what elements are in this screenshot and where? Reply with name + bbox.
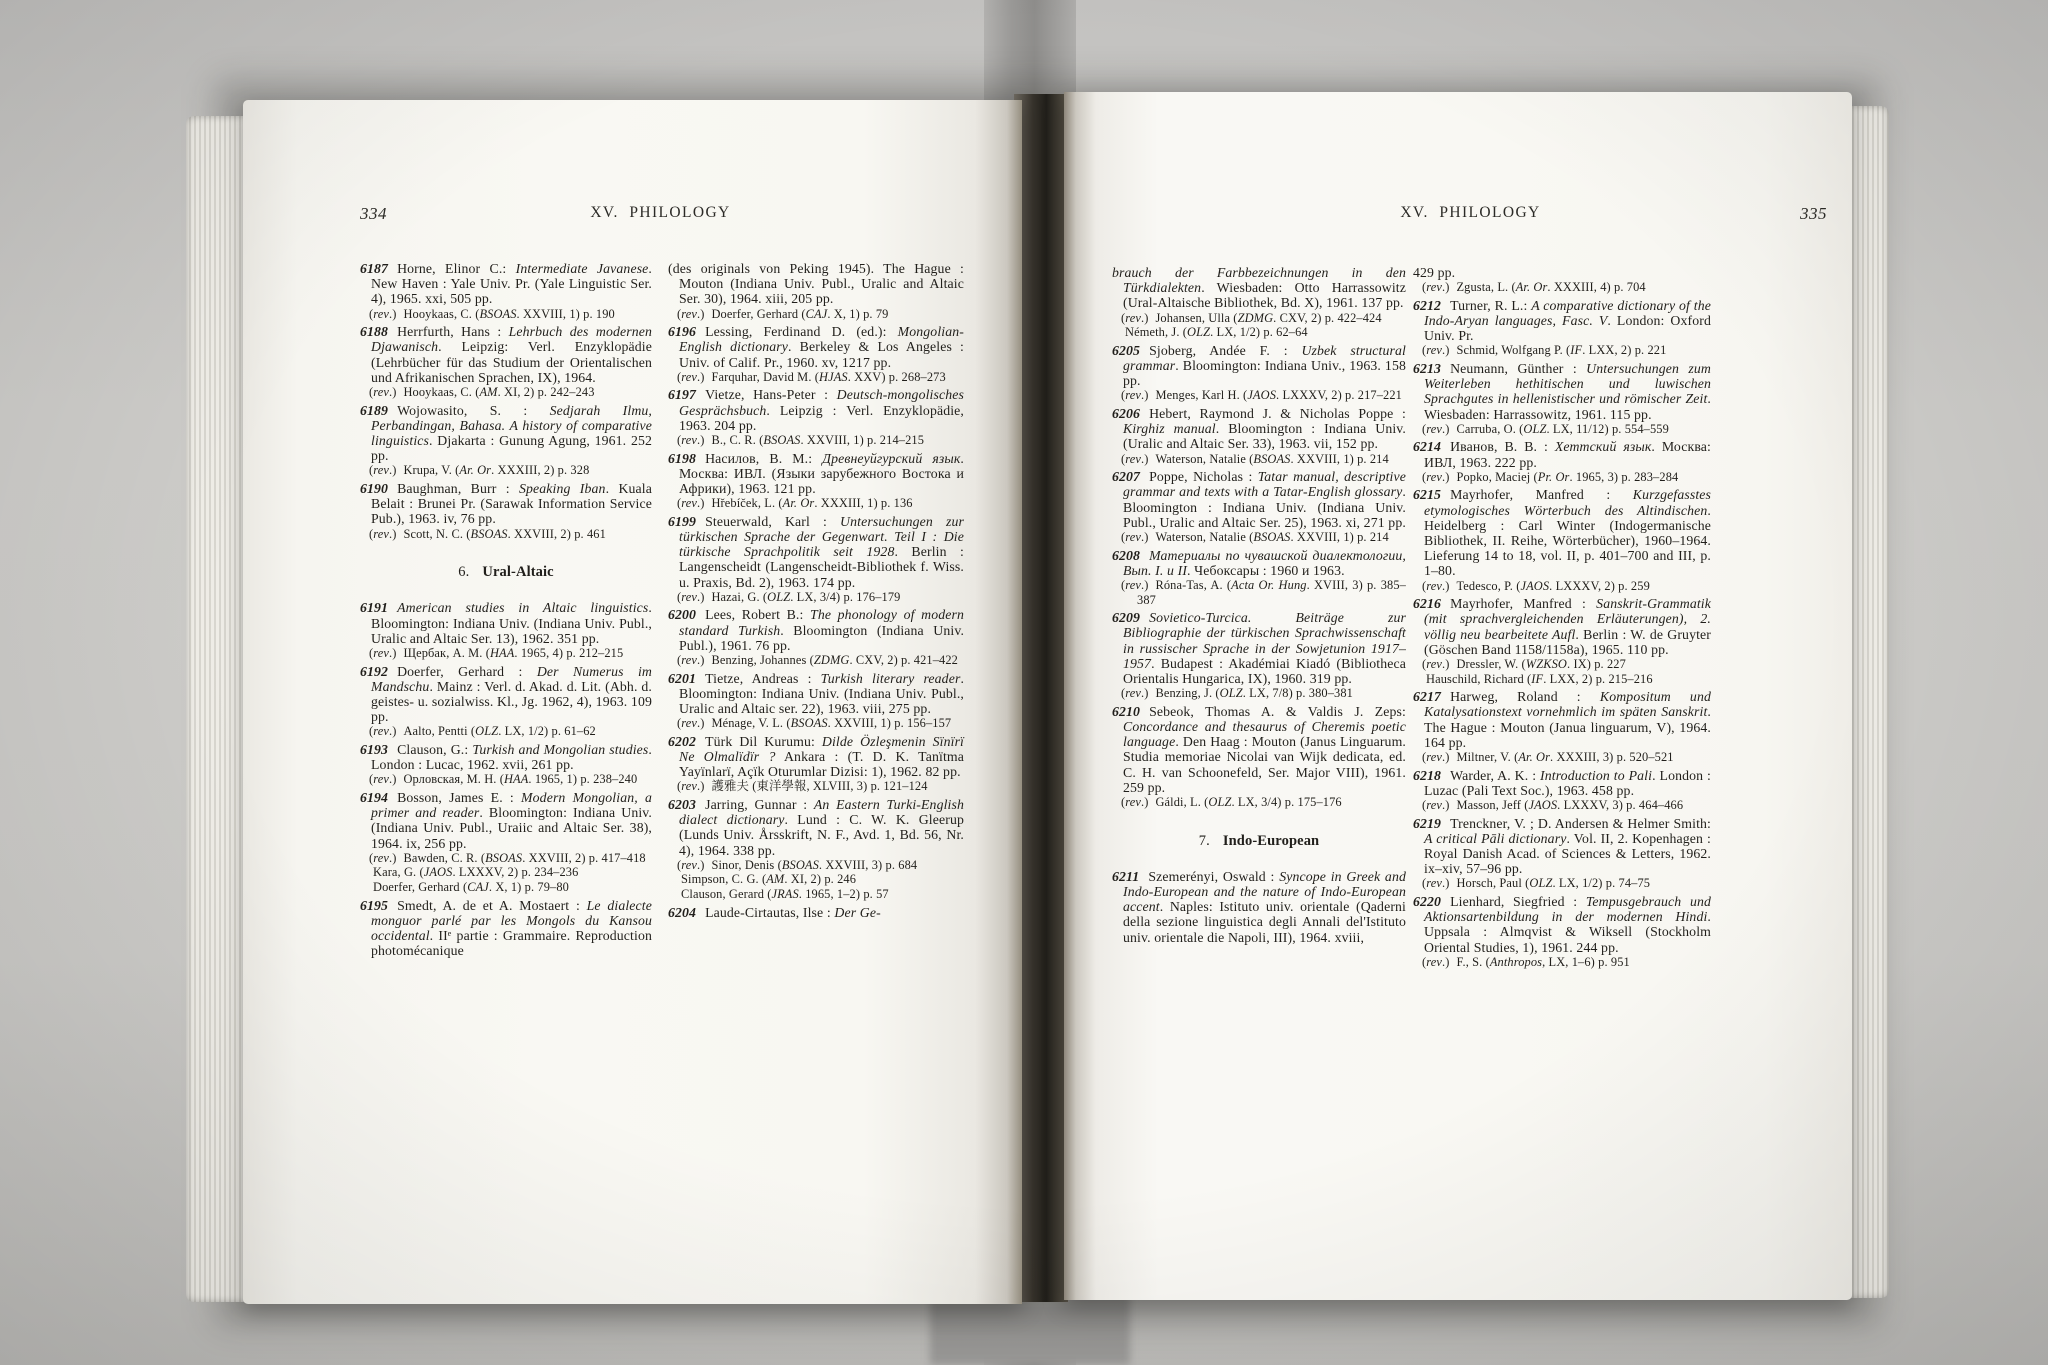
entry-number: 6209 [1112, 610, 1140, 625]
review-line: (rev.)Орловская, М. Н. (HAA. 1965, 1) p.… [360, 772, 652, 787]
entry-number: 6208 [1112, 548, 1140, 563]
entry-number: 6197 [668, 387, 696, 402]
review-label: (rev.) [369, 772, 396, 786]
review-line: (rev.)Hazai, G. (OLZ. LX, 3/4) p. 176–17… [668, 590, 964, 605]
review-line: (rev.)Scott, N. C. (BSOAS. XXVIII, 2) p.… [360, 527, 652, 542]
bib-entry: 6213Neumann, Günther : Untersuchungen zu… [1413, 361, 1711, 422]
bib-entry: 6189Wojowasito, S. : Sedjarah Ilmu, Perb… [360, 403, 652, 464]
review-line: (rev.)Benzing, Johannes (ZDMG. CXV, 2) p… [668, 653, 964, 668]
review-label: (rev.) [1121, 452, 1148, 466]
review-label: (rev.) [677, 307, 704, 321]
review-line: (rev.)B., C. R. (BSOAS. XXVIII, 1) p. 21… [668, 433, 964, 448]
review-line: (rev.)Hooykaas, C. (BSOAS. XXVIII, 1) p.… [360, 307, 652, 322]
bib-entry: 6208Материалы по чувашской диалектологии… [1112, 548, 1406, 578]
review-line: (rev.)Hooykaas, C. (AM. XI, 2) p. 242–24… [360, 385, 652, 400]
entry-number: 6194 [360, 790, 388, 805]
entry-number: 6218 [1413, 768, 1441, 783]
entry-number: 6204 [668, 905, 696, 920]
review-line: Németh, J. (OLZ. LX, 1/2) p. 62–64 [1112, 325, 1406, 340]
bib-entry: 6212Turner, R. L.: A comparative diction… [1413, 298, 1711, 344]
review-label: (rev.) [1121, 686, 1148, 700]
section-title: Indo-European [1223, 833, 1319, 849]
review-label: (rev.) [1121, 388, 1148, 402]
bib-entry: 6190Baughman, Burr : Speaking Iban. Kual… [360, 481, 652, 527]
bib-entry: 6201Tietze, Andreas : Turkish literary r… [668, 671, 964, 717]
entry-number: 6214 [1413, 439, 1441, 454]
bib-entry: 6198Насилов, В. М.: Древнеуйгурский язык… [668, 451, 964, 497]
review-line: (rev.)Gáldi, L. (OLZ. LX, 3/4) p. 175–17… [1112, 795, 1406, 810]
review-line: (rev.)Waterson, Natalie (BSOAS. XXVIII, … [1112, 530, 1406, 545]
entry-number: 6191 [360, 600, 388, 615]
review-label: (rev.) [1422, 422, 1449, 436]
running-head: XV. PHILOLOGY [360, 204, 961, 222]
review-line: Kara, G. (JAOS. LXXXV, 2) p. 234–236 [360, 865, 652, 880]
entry-number: 6196 [668, 324, 696, 339]
entry-number: 6219 [1413, 816, 1441, 831]
right-page-column-1: brauch der Farbbezeichnungen in den Türk… [1112, 262, 1406, 945]
section-heading: 7.Indo-European [1112, 834, 1406, 849]
review-label: (rev.) [1121, 795, 1148, 809]
left-page-column-1: 6187Horne, Elinor C.: Intermediate Javan… [360, 258, 652, 958]
bib-entry: 6216Mayrhofer, Manfred : Sanskrit-Gramma… [1413, 596, 1711, 657]
review-label: (rev.) [677, 716, 704, 730]
review-line: (rev.)Sinor, Denis (BSOAS. XXVIII, 3) p.… [668, 858, 964, 873]
section-number: 7. [1199, 833, 1210, 849]
bib-entry: 6218Warder, A. K. : Introduction to Pali… [1413, 768, 1711, 798]
bib-entry: 6204Laude-Cirtautas, Ilse : Der Ge- [668, 905, 964, 920]
bib-entry: 6194Bosson, James E. : Modern Mongolian,… [360, 790, 652, 851]
review-line: (rev.)Róna-Tas, A. (Acta Or. Hung. XVIII… [1112, 578, 1406, 607]
entry-number: 6190 [360, 481, 388, 496]
review-line: (rev.)Doerfer, Gerhard (CAJ. X, 1) p. 79 [668, 307, 964, 322]
review-label: (rev.) [677, 370, 704, 384]
review-line: (rev.)Waterson, Natalie (BSOAS. XXVIII, … [1112, 452, 1406, 467]
review-line: (rev.)Ménage, V. L. (BSOAS. XXVIII, 1) p… [668, 716, 964, 731]
bib-entry: 6196Lessing, Ferdinand D. (ed.): Mongoli… [668, 324, 964, 370]
bib-entry: 6188Herrfurth, Hans : Lehrbuch des moder… [360, 324, 652, 385]
bib-entry: 6187Horne, Elinor C.: Intermediate Javan… [360, 261, 652, 307]
bib-entry: 6219Trenckner, V. ; D. Andersen & Helmer… [1413, 816, 1711, 877]
review-line: (rev.)Horsch, Paul (OLZ. LX, 1/2) p. 74–… [1413, 876, 1711, 891]
entry-number: 6213 [1413, 361, 1441, 376]
bib-entry: 6199Steuerwald, Karl : Untersuchungen zu… [668, 514, 964, 590]
review-line: (rev.)Carruba, O. (OLZ. LX, 11/12) p. 55… [1413, 422, 1711, 437]
review-line: (rev.)Tedesco, P. (JAOS. LXXXV, 2) p. 25… [1413, 579, 1711, 594]
bib-entry: 6207Poppe, Nicholas : Tatar manual, desc… [1112, 469, 1406, 530]
review-label: (rev.) [369, 307, 396, 321]
right-page-column-2: 429 pp.(rev.)Zgusta, L. (Ar. Or. XXXIII,… [1413, 262, 1711, 969]
section-title: Ural-Altaic [482, 564, 553, 580]
bib-entry: 6202Türk Dil Kurumu: Dilde Özleşmenin Sï… [668, 734, 964, 780]
review-label: (rev.) [1121, 530, 1148, 544]
entry-number: 6195 [360, 898, 388, 913]
review-line: (rev.)Miltner, V. (Ar. Or. XXXIII, 3) p.… [1413, 750, 1711, 765]
entry-number: 6216 [1413, 596, 1441, 611]
review-label: (rev.) [1422, 657, 1449, 671]
bib-entry: 6193Clauson, G.: Turkish and Mongolian s… [360, 742, 652, 772]
review-label: (rev.) [1422, 876, 1449, 890]
review-label: (rev.) [1121, 311, 1148, 325]
bib-entry: 6214Иванов, В. В. : Хеттский язык. Москв… [1413, 439, 1711, 469]
entry-number: 6217 [1413, 689, 1441, 704]
review-line: (rev.)Farquhar, David M. (HJAS. XXV) p. … [668, 370, 964, 385]
review-label: (rev.) [677, 779, 704, 793]
bib-entry: 6192Doerfer, Gerhard : Der Numerus im Ma… [360, 664, 652, 725]
review-line: (rev.)Popko, Maciej (Pr. Or. 1965, 3) p.… [1413, 470, 1711, 485]
right-page-edge-stack [1849, 106, 1889, 1298]
entry-number: 6187 [360, 261, 388, 276]
book-spine-gap [1014, 94, 1068, 1302]
section-number: 6. [458, 564, 469, 580]
bib-entry: 6210Sebeok, Thomas A. & Valdis J. Zeps: … [1112, 704, 1406, 795]
entry-number: 6215 [1413, 487, 1441, 502]
review-line: (rev.)Masson, Jeff (JAOS. LXXXV, 3) p. 4… [1413, 798, 1711, 813]
review-line: (rev.)Johansen, Ulla (ZDMG. CXV, 2) p. 4… [1112, 311, 1406, 326]
review-line: (rev.)護雅夫 (東洋學報, XLVIII, 3) p. 121–124 [668, 779, 964, 794]
review-line: (rev.)Hřebíček, L. (Ar. Or. XXXIII, 1) p… [668, 496, 964, 511]
entry-number: 6192 [360, 664, 388, 679]
page-number: 335 [1800, 204, 1827, 224]
bib-entry: 6205Sjoberg, Andée F. : Uzbek structural… [1112, 343, 1406, 389]
review-label: (rev.) [369, 527, 396, 541]
review-line: Simpson, C. G. (AM. XI, 2) p. 246 [668, 872, 964, 887]
entry-number: 6207 [1112, 469, 1140, 484]
review-line: Hauschild, Richard (IF. LXX, 2) p. 215–2… [1413, 672, 1711, 687]
review-label: (rev.) [369, 463, 396, 477]
left-page-header: 334 XV. PHILOLOGY [360, 204, 961, 230]
left-page: 334 XV. PHILOLOGY 6187Horne, Elinor C.: … [243, 100, 1022, 1304]
review-label: (rev.) [369, 724, 396, 738]
entry-number: 6212 [1413, 298, 1441, 313]
review-line: Clauson, Gerard (JRAS. 1965, 1–2) p. 57 [668, 887, 964, 902]
section-heading: 6.Ural-Altaic [360, 565, 652, 580]
right-page-header: XV. PHILOLOGY 335 [1114, 204, 1827, 230]
entry-number: 6210 [1112, 704, 1140, 719]
bib-entry: 6191American studies in Altaic linguisti… [360, 600, 652, 646]
entry-number: 6199 [668, 514, 696, 529]
bib-entry: 6203Jarring, Gunnar : An Eastern Turki-E… [668, 797, 964, 858]
entry-number: 6198 [668, 451, 696, 466]
review-label: (rev.) [677, 653, 704, 667]
review-label: (rev.) [677, 590, 704, 604]
review-label: (rev.) [677, 858, 704, 872]
entry-number: 6211 [1112, 869, 1139, 884]
entry-number: 6193 [360, 742, 388, 757]
review-line: (rev.)Zgusta, L. (Ar. Or. XXXIII, 4) p. … [1413, 280, 1711, 295]
entry-number: 6202 [668, 734, 696, 749]
review-line: (rev.)Schmid, Wolfgang P. (IF. LXX, 2) p… [1413, 343, 1711, 358]
review-label: (rev.) [677, 433, 704, 447]
review-line: (rev.)Щербак, А. М. (HAA. 1965, 4) p. 21… [360, 646, 652, 661]
bib-entry: 6206Hebert, Raymond J. & Nicholas Poppe … [1112, 406, 1406, 452]
bib-entry: 6200Lees, Robert B.: The phonology of mo… [668, 607, 964, 653]
review-label: (rev.) [1422, 955, 1449, 969]
bib-entry: 6217Harweg, Roland : Kompositum und Kata… [1413, 689, 1711, 750]
review-line: (rev.)Dressler, W. (WZKSO. IX) p. 227 [1413, 657, 1711, 672]
entry-number: 6206 [1112, 406, 1140, 421]
review-line: (rev.)Aalto, Pentti (OLZ. LX, 1/2) p. 61… [360, 724, 652, 739]
bib-entry: 6197Vietze, Hans-Peter : Deutsch-mongoli… [668, 387, 964, 433]
bib-entry: 6220Lienhard, Siegfried : Tempusgebrauch… [1413, 894, 1711, 955]
review-label: (rev.) [1422, 280, 1449, 294]
entry-number: 6220 [1413, 894, 1441, 909]
entry-number: 6205 [1112, 343, 1140, 358]
review-label: (rev.) [677, 496, 704, 510]
bib-entry-continuation: (des originals von Peking 1945). The Hag… [668, 261, 964, 307]
review-label: (rev.) [369, 385, 396, 399]
review-line: (rev.)Bawden, C. R. (BSOAS. XXVIII, 2) p… [360, 851, 652, 866]
review-line: (rev.)Krupa, V. (Ar. Or. XXXIII, 2) p. 3… [360, 463, 652, 478]
review-label: (rev.) [369, 851, 396, 865]
review-label: (rev.) [1422, 798, 1449, 812]
entry-number: 6201 [668, 671, 696, 686]
review-label: (rev.) [1422, 470, 1449, 484]
bib-entry: 6215Mayrhofer, Manfred : Kurzgefasstes e… [1413, 487, 1711, 578]
review-label: (rev.) [1422, 579, 1449, 593]
left-page-edge-stack [186, 116, 246, 1302]
left-page-column-2: (des originals von Peking 1945). The Hag… [668, 258, 964, 920]
review-label: (rev.) [369, 646, 396, 660]
running-head: XV. PHILOLOGY [1114, 204, 1827, 222]
book-scan-photo: { "left_page": { "page_number": "334", "… [0, 0, 2048, 1365]
review-line: Doerfer, Gerhard (CAJ. X, 1) p. 79–80 [360, 880, 652, 895]
review-line: (rev.)F., S. (Anthropos, LX, 1–6) p. 951 [1413, 955, 1711, 970]
bib-entry-continuation: 429 pp. [1413, 265, 1711, 280]
review-label: (rev.) [1121, 578, 1148, 592]
entry-number: 6188 [360, 324, 388, 339]
entry-number: 6203 [668, 797, 696, 812]
bib-entry: 6209Sovietico-Turcica. Beiträge zur Bibl… [1112, 610, 1406, 686]
review-label: (rev.) [1422, 343, 1449, 357]
bib-entry: 6211Szemerényi, Oswald : Syncope in Gree… [1112, 869, 1406, 945]
entry-number: 6189 [360, 403, 388, 418]
right-page: XV. PHILOLOGY 335 brauch der Farbbezeich… [1064, 92, 1852, 1300]
review-line: (rev.)Benzing, J. (OLZ. LX, 7/8) p. 380–… [1112, 686, 1406, 701]
bib-entry: 6195Smedt, A. de et A. Mostaert : Le dia… [360, 898, 652, 959]
bib-entry-continuation: brauch der Farbbezeichnungen in den Türk… [1112, 265, 1406, 311]
entry-number: 6200 [668, 607, 696, 622]
review-label: (rev.) [1422, 750, 1449, 764]
review-line: (rev.)Menges, Karl H. (JAOS. LXXXV, 2) p… [1112, 388, 1406, 403]
